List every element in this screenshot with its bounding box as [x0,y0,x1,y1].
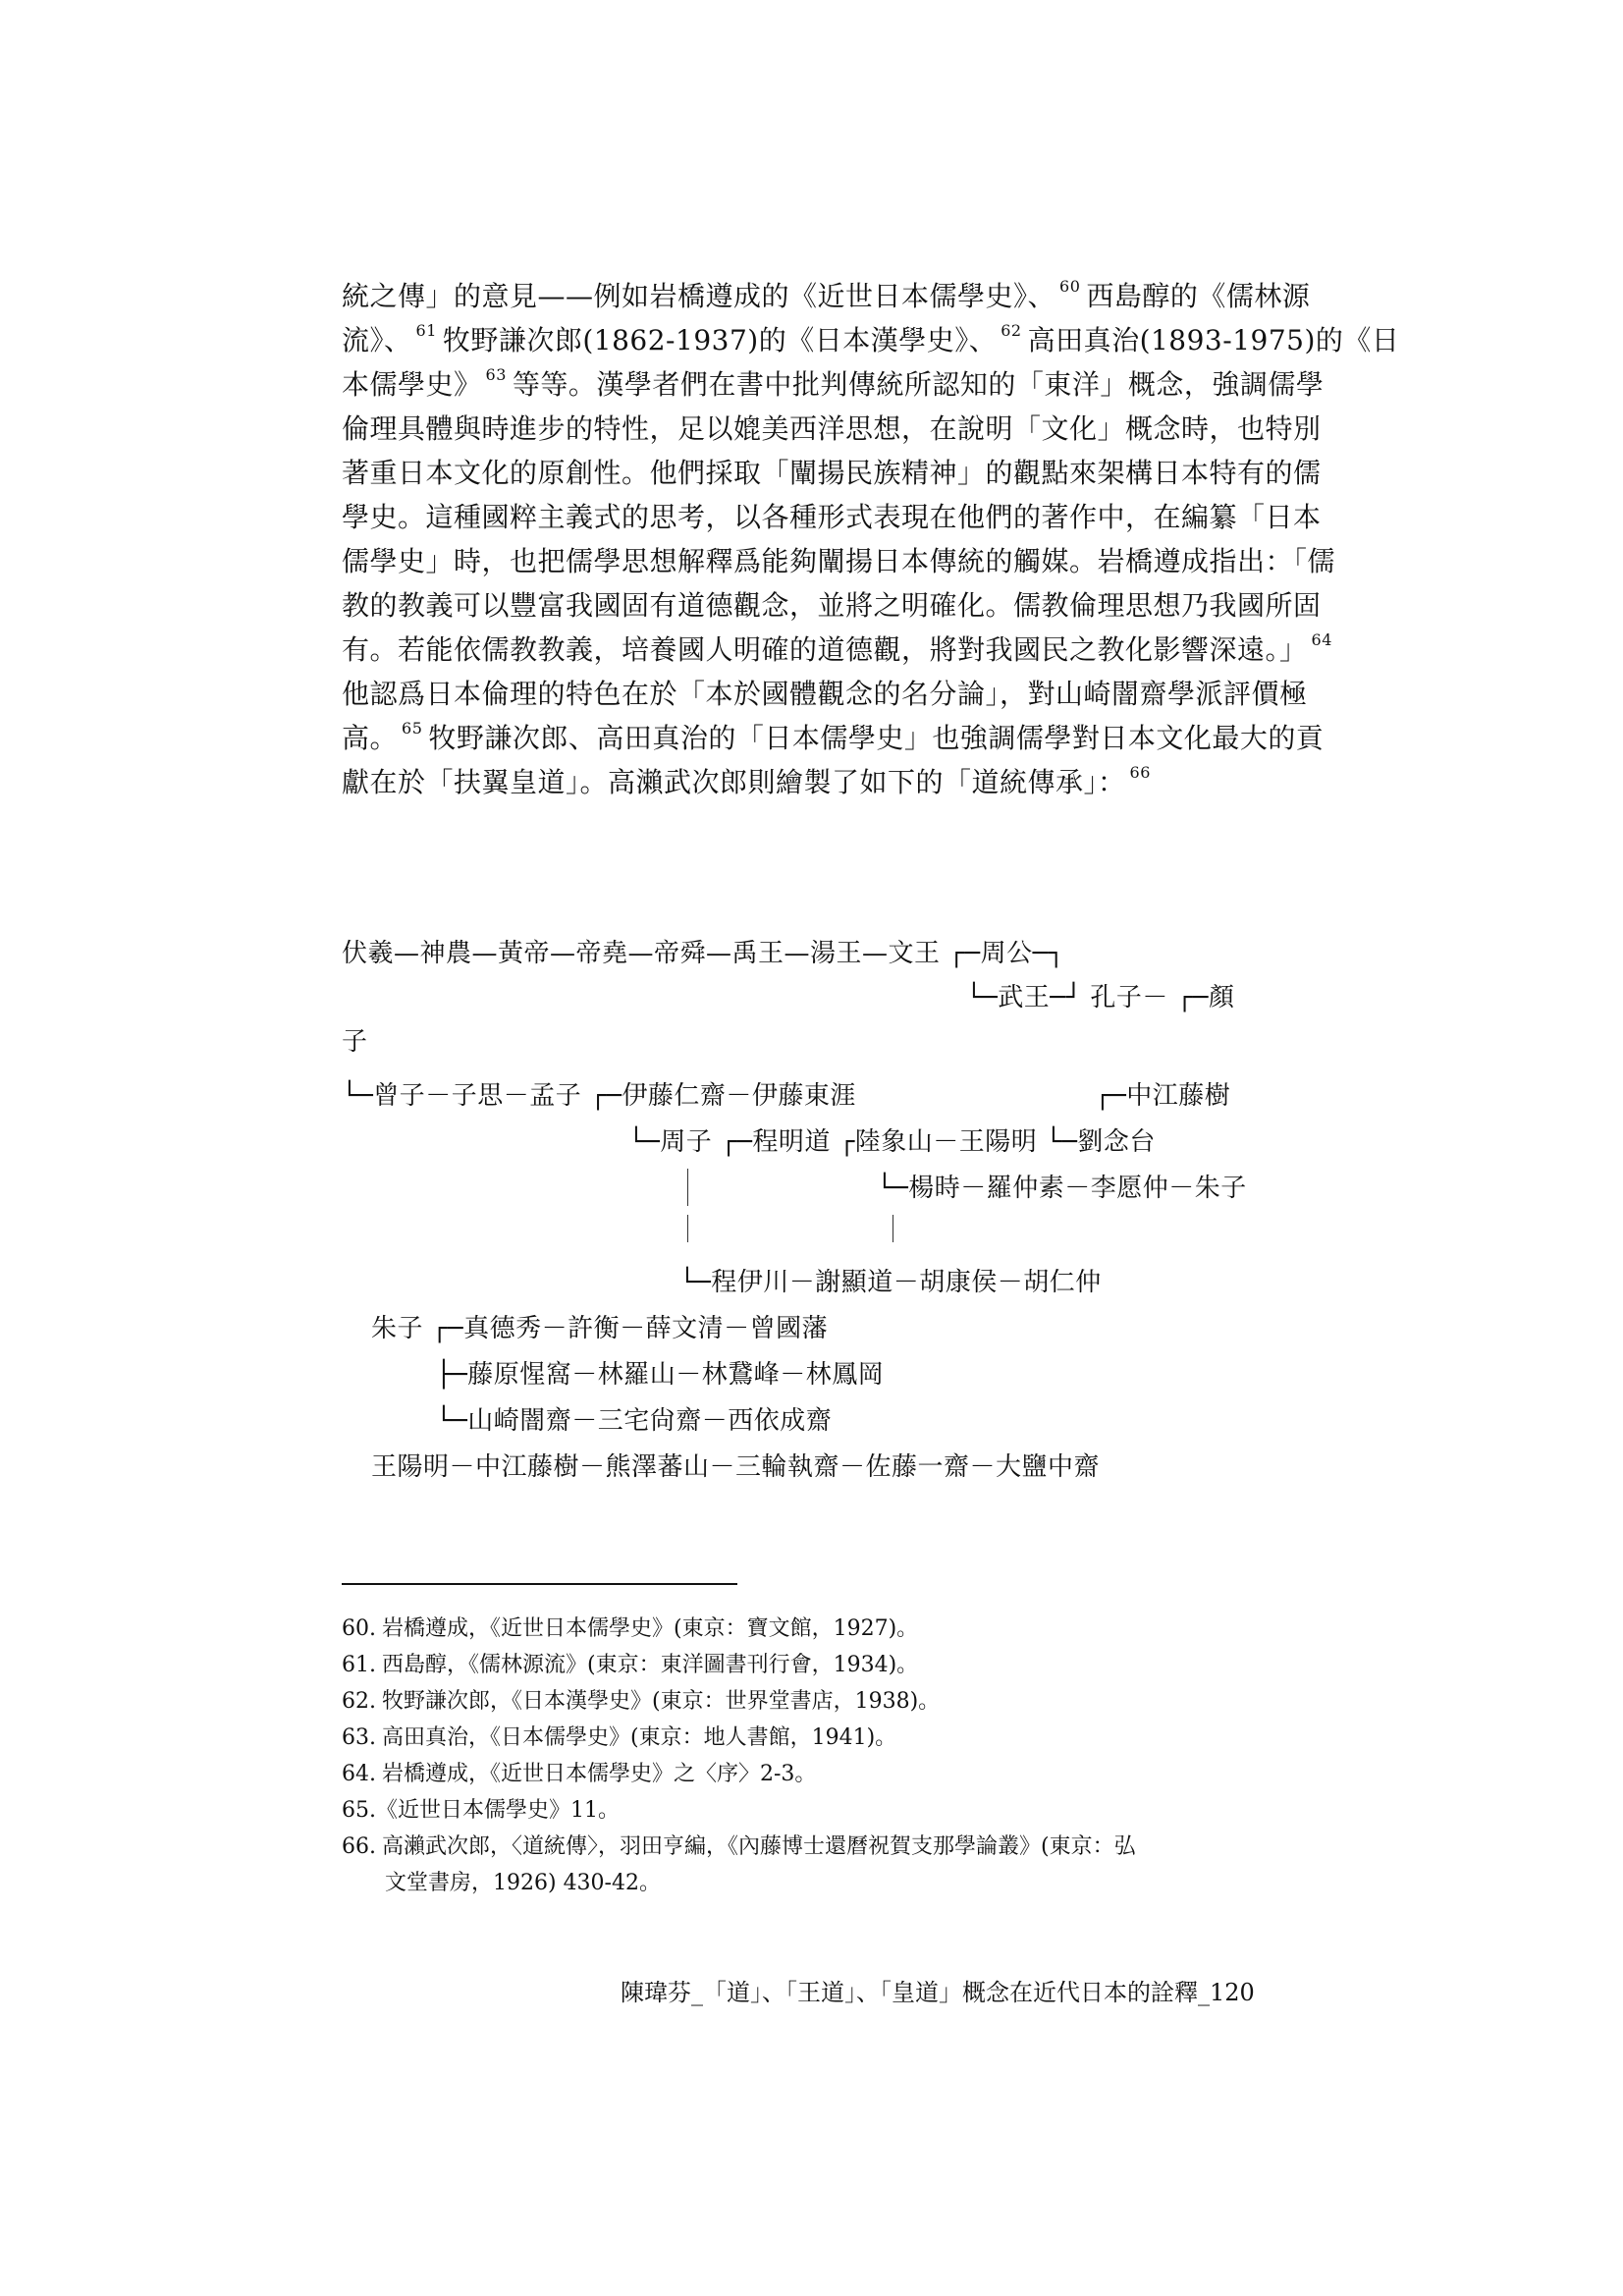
diagram-row: 朱子 ┌─真德秀－許衡－薛文清－曾國藩 [371,1313,828,1344]
diagram-row: └─山崎闇齋－三宅尙齋－西依成齋 [436,1405,832,1437]
footnote-item: 65.《近世日本儒學史》11。 [342,1792,1314,1829]
diagram-row: └─楊時－羅仲素－李愿仲－朱子 [877,1173,1247,1204]
footnotes: 60.岩橋遵成，《近世日本儒學史》(東京：寶文館，1927)。 61.西島醇，《… [342,1611,1314,1901]
footnote-text: 高瀨武次郎，〈道統傳〉，羽田亨編，《內藤博士還曆祝賀支那學論叢》(東京：弘 [382,1834,1136,1859]
footnote-number: 66. [342,1834,376,1859]
footnote-item: 61.西島醇，《儒林源流》(東京：東洋圖書刊行會，1934)。 [342,1647,1314,1683]
footnote-item: 66.高瀨武次郎，〈道統傳〉，羽田亨編，《內藤博士還曆祝賀支那學論叢》(東京：弘 [342,1829,1314,1865]
footnote-number: 61. [342,1653,376,1677]
diagram-row: ├─藤原惺窩－林羅山－林鵞峰－林鳳岡 [436,1359,884,1391]
diagram-row: └─周子 ┌─程明道 ┌陸象山－王陽明 └─劉念台 [628,1126,1156,1158]
footnote-item: 64.岩橋遵成，《近世日本儒學史》之〈序〉2-3。 [342,1756,1314,1792]
footnote-number: 65. [342,1798,376,1823]
footnote-text: 《近世日本儒學史》11。 [376,1798,620,1823]
diagram-row: └─程伊川－謝顯道－胡康侯－胡仁仲 [679,1267,1102,1298]
connector-line [687,1215,688,1242]
footnote-number: 60. [342,1616,376,1641]
diagram-row: ┌─中江藤樹 [1095,1080,1230,1112]
page-footer: 陳瑋芬_「道」、「王道」、「皇道」概念在近代日本的詮釋_120 [621,1973,1255,2007]
footnote-number: 63. [342,1725,376,1750]
footnote-text: 高田真治，《日本儒學史》(東京：地人書館，1941)。 [382,1725,896,1750]
footnote-text: 牧野謙次郎，《日本漢學史》(東京：世界堂書店，1938)。 [382,1689,940,1714]
diagram-row: 子 [342,1026,368,1058]
diagram-row: 伏羲—神農—黃帝—帝堯—帝舜—禹王—湯王—文王 ┌─周公─┐ [342,938,1064,969]
footnote-number: 62. [342,1689,376,1714]
connector-line [687,1169,688,1206]
connector-line [893,1215,893,1242]
footnote-item: 60.岩橋遵成，《近世日本儒學史》(東京：寶文館，1927)。 [342,1611,1314,1647]
diagram-row: └─曾子－子思－孟子 ┌─伊藤仁齋－伊藤東涯 [342,1080,856,1112]
footnote-text: 岩橋遵成，《近世日本儒學史》(東京：寶文館，1927)。 [382,1616,918,1641]
footnote-divider [342,1583,737,1585]
footnote-item: 62.牧野謙次郎，《日本漢學史》(東京：世界堂書店，1938)。 [342,1683,1314,1720]
footnote-text: 西島醇，《儒林源流》(東京：東洋圖書刊行會，1934)。 [382,1653,918,1677]
diagram-row: 王陽明－中江藤樹－熊澤蕃山－三輪執齋－佐藤一齋－大鹽中齋 [371,1451,1100,1483]
lineage-diagram: 伏羲—神農—黃帝—帝堯—帝舜—禹王—湯王—文王 ┌─周公─┐ └─武王─┘ 孔子… [0,0,1623,1571]
footnote-continuation: 文堂書房，1926) 430-42。 [342,1865,1314,1901]
footnote-item: 63.高田真治，《日本儒學史》(東京：地人書館，1941)。 [342,1720,1314,1756]
footnote-number: 64. [342,1762,376,1786]
document-page: 統之傳」的意見——例如岩橋遵成的《近世日本儒學史》、60西島醇的《儒林源 流》、… [0,0,1623,2296]
footnote-text: 岩橋遵成，《近世日本儒學史》之〈序〉2-3。 [382,1762,816,1786]
diagram-row: └─武王─┘ 孔子－ ┌─顏 [966,982,1234,1013]
